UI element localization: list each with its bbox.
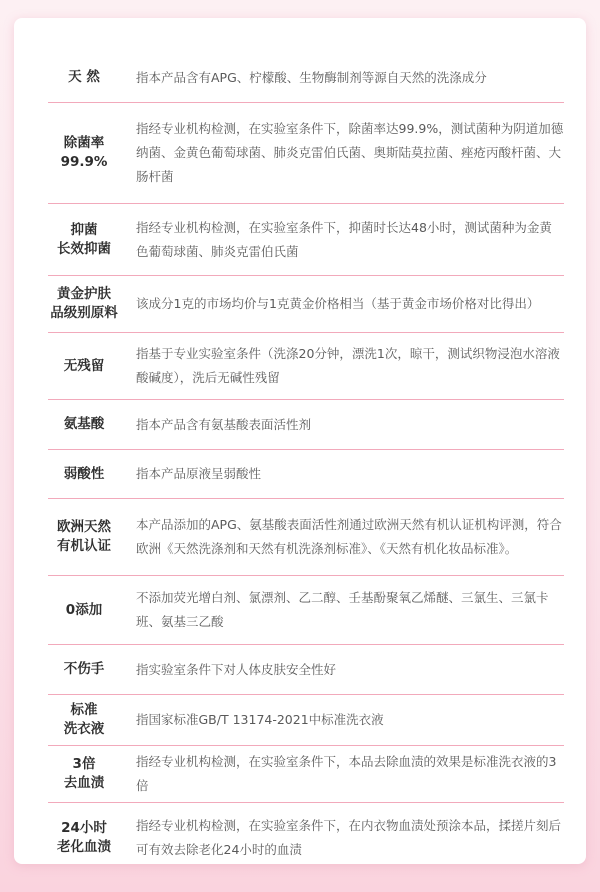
claim-description: 指经专业机构检测，在实验室条件下，抑菌时长达48小时，测试菌种为金黄色葡萄球菌、…	[136, 216, 564, 264]
claim-description: 指本产品含有APG、柠檬酸、生物酶制剂等源自天然的洗涤成分	[136, 66, 564, 90]
claim-label: 3倍 去血渍	[48, 755, 120, 793]
claim-row: 3倍 去血渍 指经专业机构检测，在实验室条件下，本品去除血渍的效果是标准洗衣液的…	[48, 746, 564, 803]
claim-row: 欧洲天然 有机认证 本产品添加的APG、氨基酸表面活性剂通过欧洲天然有机认证机构…	[48, 499, 564, 576]
claim-label: 不伤手	[48, 660, 120, 679]
claim-row: 天 然 指本产品含有APG、柠檬酸、生物酶制剂等源自天然的洗涤成分	[48, 53, 564, 103]
claim-label: 抑菌 长效抑菌	[48, 221, 120, 259]
claim-description: 指实验室条件下对人体皮肤安全性好	[136, 658, 564, 682]
claim-description: 指国家标准GB/T 13174-2021中标准洗衣液	[136, 708, 564, 732]
claim-row: 黄金护肤 品级别原料 该成分1克的市场均价与1克黄金价格相当（基于黄金市场价格对…	[48, 276, 564, 333]
claim-label: 欧洲天然 有机认证	[48, 518, 120, 556]
claim-row: 无残留 指基于专业实验室条件（洗涤20分钟，漂洗1次，晾干，测试织物浸泡水溶液酸…	[48, 333, 564, 400]
claim-description: 指经专业机构检测，在实验室条件下，除菌率达99.9%，测试菌种为阴道加德纳菌、金…	[136, 117, 564, 189]
claim-description: 指基于专业实验室条件（洗涤20分钟，漂洗1次，晾干，测试织物浸泡水溶液酸碱度），…	[136, 342, 564, 390]
claims-table: 天 然 指本产品含有APG、柠檬酸、生物酶制剂等源自天然的洗涤成分 除菌率 99…	[48, 53, 564, 873]
claim-description: 指本产品含有氨基酸表面活性剂	[136, 413, 564, 437]
claim-row: 不伤手 指实验室条件下对人体皮肤安全性好	[48, 645, 564, 695]
product-claims-card: 天 然 指本产品含有APG、柠檬酸、生物酶制剂等源自天然的洗涤成分 除菌率 99…	[14, 18, 586, 864]
claim-label: 氨基酸	[48, 415, 120, 434]
claim-label: 弱酸性	[48, 465, 120, 484]
claim-row: 0添加 不添加荧光增白剂、氯漂剂、乙二醇、壬基酚聚氧乙烯醚、三氯生、三氯卡班、氨…	[48, 576, 564, 645]
claim-description: 本产品添加的APG、氨基酸表面活性剂通过欧洲天然有机认证机构评测，符合欧洲《天然…	[136, 513, 564, 561]
claim-description: 指经专业机构检测，在实验室条件下，本品去除血渍的效果是标准洗衣液的3倍	[136, 750, 564, 798]
claim-row: 抑菌 长效抑菌 指经专业机构检测，在实验室条件下，抑菌时长达48小时，测试菌种为…	[48, 204, 564, 276]
claim-description: 指经专业机构检测，在实验室条件下，在内衣物血渍处预涂本品，揉搓片刻后可有效去除老…	[136, 814, 564, 862]
claim-label: 黄金护肤 品级别原料	[48, 285, 120, 323]
claim-label: 标准 洗衣液	[48, 701, 120, 739]
claim-label: 天 然	[48, 68, 120, 87]
claim-label: 24小时 老化血渍	[48, 819, 120, 857]
claim-label: 除菌率 99.9%	[48, 134, 120, 172]
claim-row: 24小时 老化血渍 指经专业机构检测，在实验室条件下，在内衣物血渍处预涂本品，揉…	[48, 803, 564, 873]
claim-row: 弱酸性 指本产品原液呈弱酸性	[48, 450, 564, 499]
claim-label: 无残留	[48, 357, 120, 376]
claim-row: 标准 洗衣液 指国家标准GB/T 13174-2021中标准洗衣液	[48, 695, 564, 746]
claim-description: 该成分1克的市场均价与1克黄金价格相当（基于黄金市场价格对比得出）	[136, 292, 564, 316]
claim-description: 不添加荧光增白剂、氯漂剂、乙二醇、壬基酚聚氧乙烯醚、三氯生、三氯卡班、氨基三乙酸	[136, 586, 564, 634]
claim-row: 氨基酸 指本产品含有氨基酸表面活性剂	[48, 400, 564, 450]
claim-label: 0添加	[48, 601, 120, 620]
claim-row: 除菌率 99.9% 指经专业机构检测，在实验室条件下，除菌率达99.9%，测试菌…	[48, 103, 564, 204]
claim-description: 指本产品原液呈弱酸性	[136, 462, 564, 486]
